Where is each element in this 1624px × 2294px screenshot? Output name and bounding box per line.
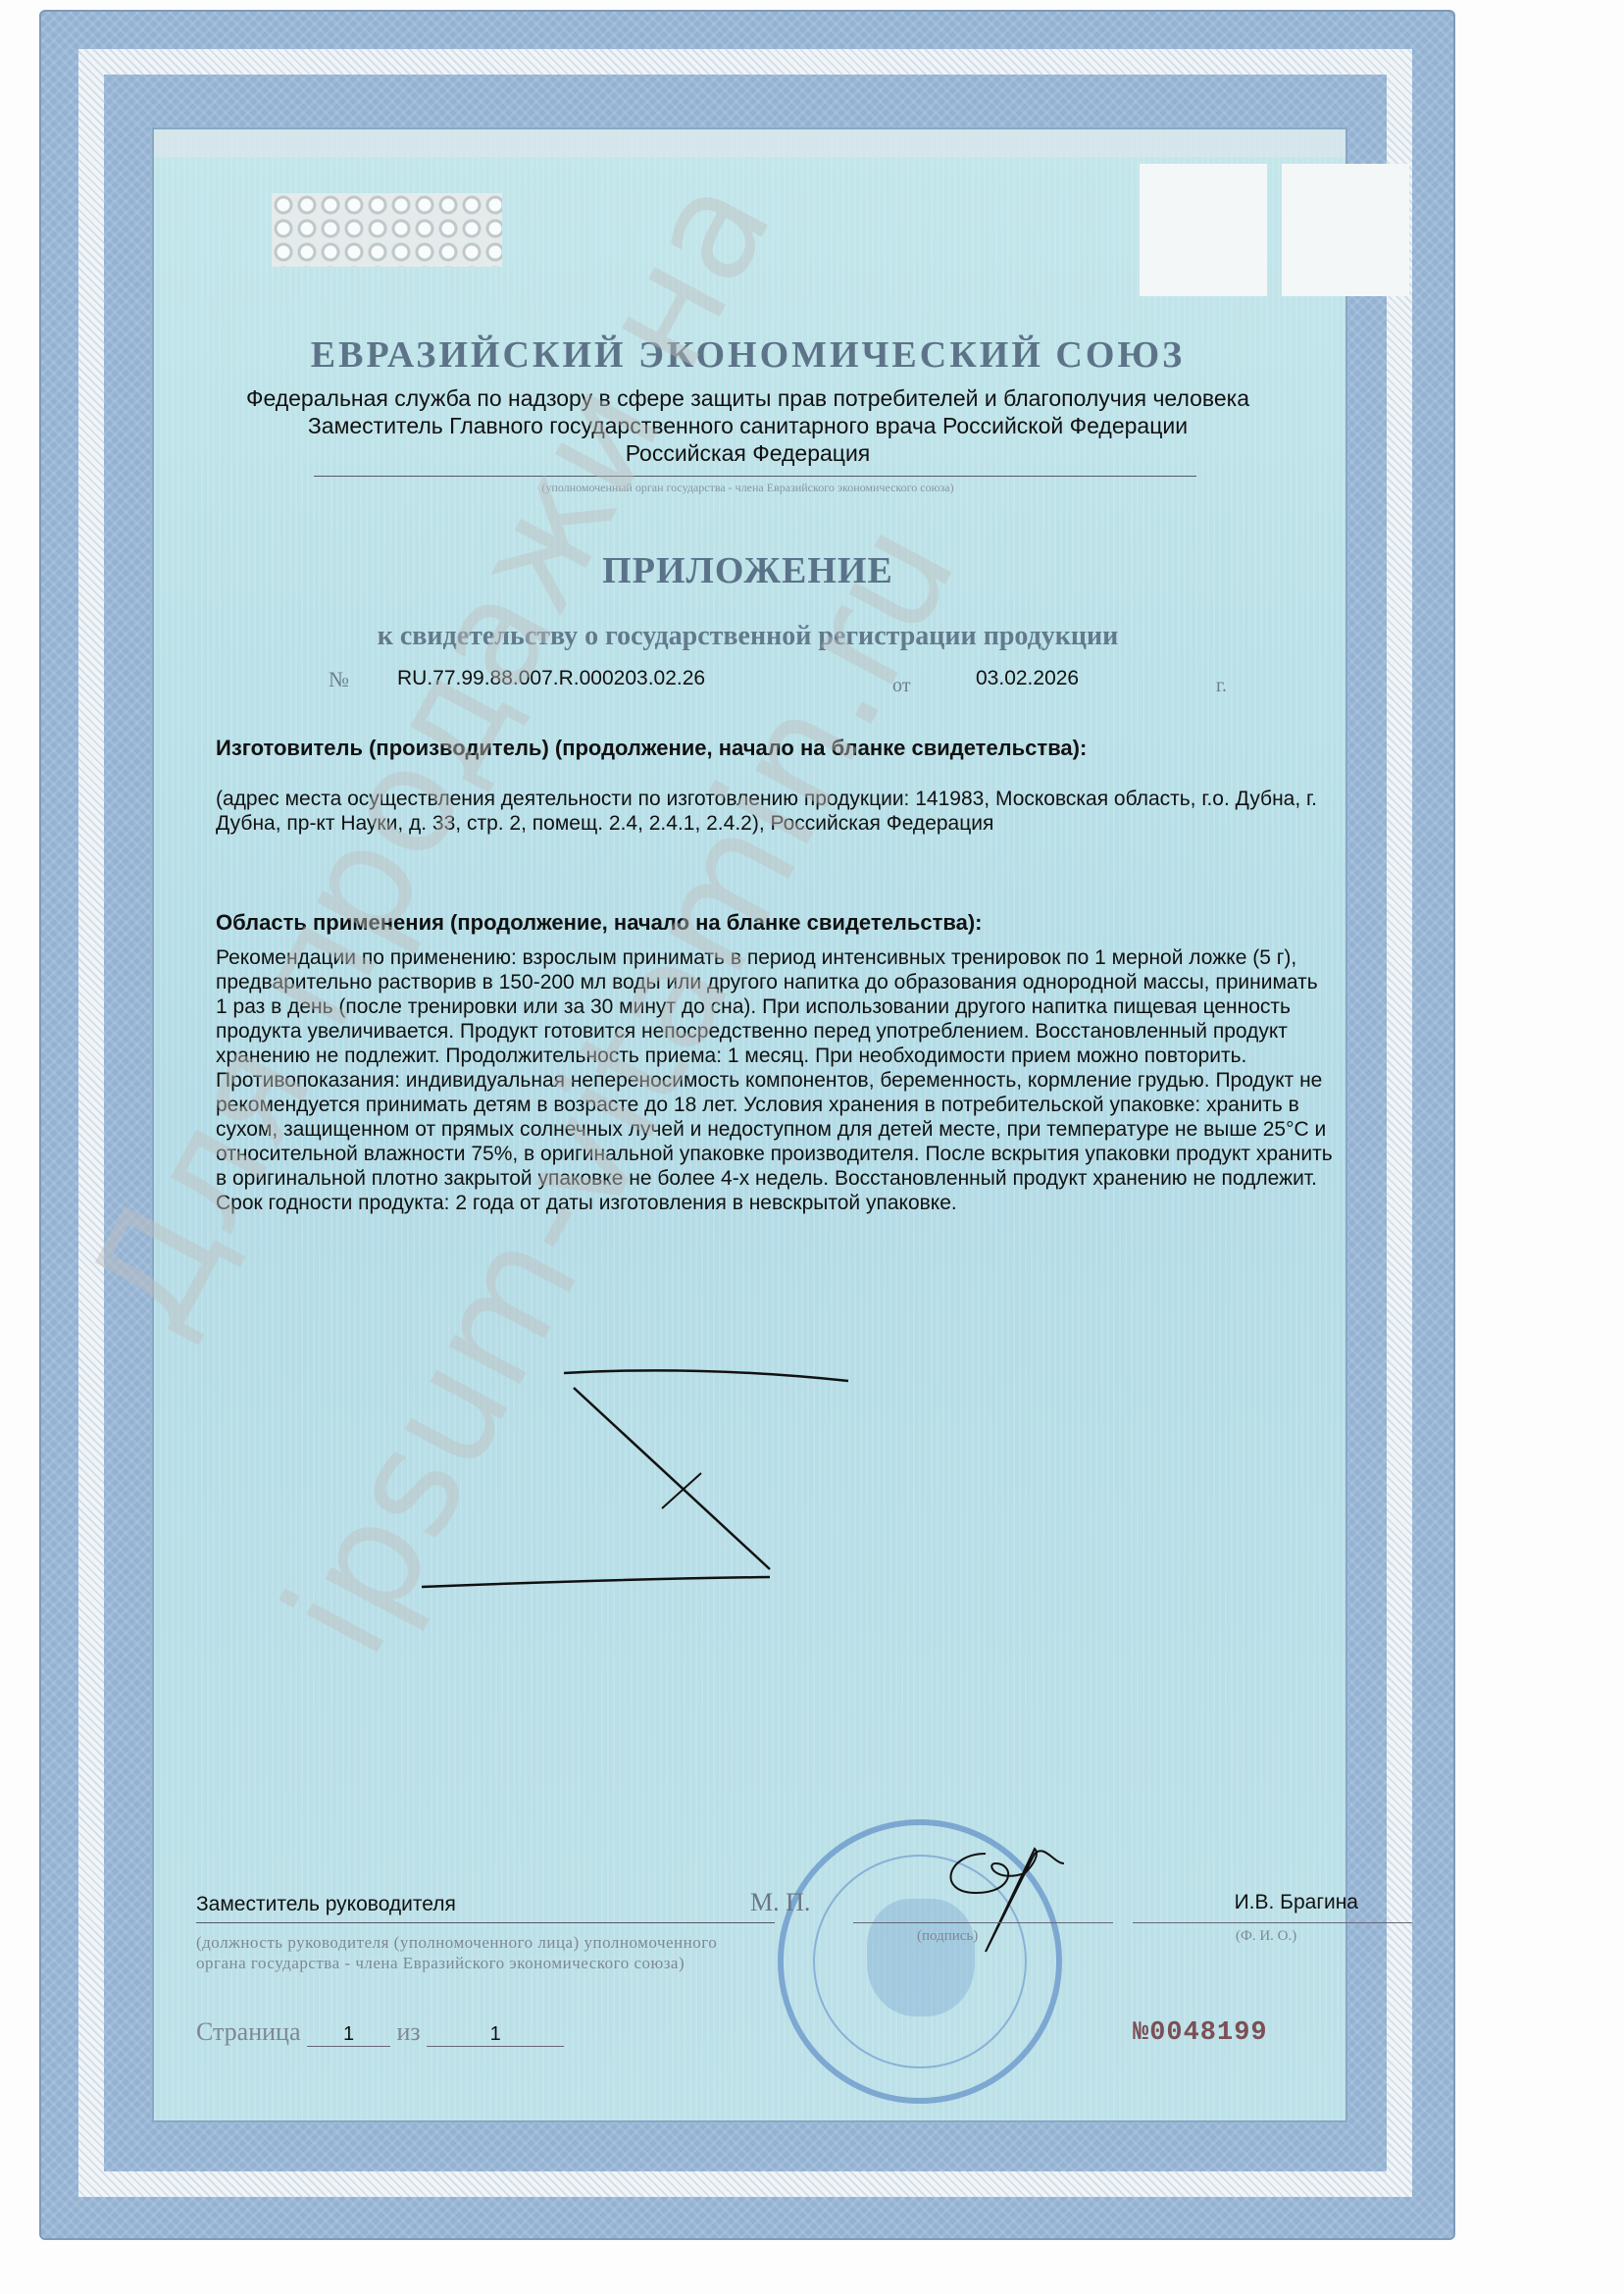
divider [314, 476, 1196, 477]
signature-line [853, 1922, 1113, 1923]
page-of-label: из [397, 2017, 421, 2046]
document-content: ЕВРАЗИЙСКИЙ ЭКОНОМИЧЕСКИЙ СОЮЗ Федеральн… [152, 127, 1344, 2118]
page-total: 1 [427, 2023, 564, 2047]
signer-name: И.В. Брагина [1235, 1891, 1358, 1914]
agency-line: Заместитель Главного государственного са… [152, 412, 1344, 439]
page-counter: Страница 1 из 1 [196, 2017, 564, 2047]
union-title: ЕВРАЗИЙСКИЙ ЭКОНОМИЧЕСКИЙ СОЮЗ [152, 333, 1344, 377]
certificate-page: ЕВРАЗИЙСКИЙ ЭКОНОМИЧЕСКИЙ СОЮЗ Федеральн… [39, 10, 1594, 2290]
page-label: Страница [196, 2017, 301, 2046]
position-caption: (должность руководителя (уполномоченного… [196, 1932, 745, 1973]
serial-number: №0048199 [1133, 2018, 1268, 2048]
official-stamp [778, 1819, 1062, 2104]
signature-caption: (подпись) [917, 1928, 978, 1945]
agency-line: Федеральная служба по надзору в сфере за… [152, 384, 1344, 412]
name-caption: (Ф. И. О.) [1236, 1928, 1296, 1945]
position-line [196, 1922, 775, 1923]
registration-date: 03.02.2026 [976, 667, 1079, 690]
authority-caption: (уполномоченный орган государства - член… [152, 481, 1344, 495]
year-suffix: г. [1216, 675, 1227, 697]
seal-label: М. П. [750, 1888, 810, 1917]
signer-position: Заместитель руководителя [196, 1893, 456, 1916]
appendix-title: ПРИЛОЖЕНИЕ [152, 549, 1344, 592]
appendix-subtitle: к свидетельству о государственной регист… [152, 621, 1344, 652]
page-current: 1 [307, 2023, 390, 2047]
name-line [1133, 1922, 1412, 1923]
agency-block: Федеральная служба по надзору в сфере за… [152, 384, 1344, 467]
agency-line: Российская Федерация [152, 439, 1344, 467]
number-label: № [329, 667, 349, 692]
